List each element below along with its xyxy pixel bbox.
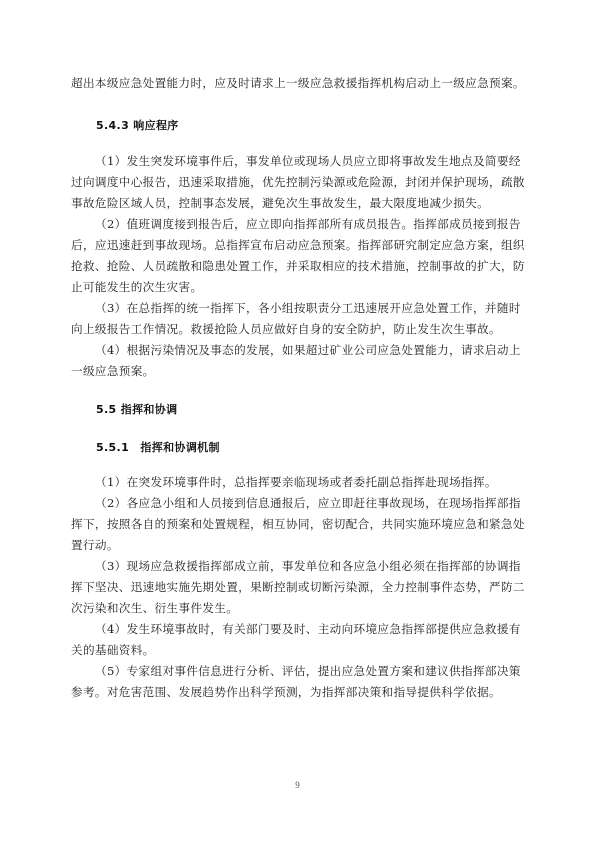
- paragraph-line: （2）各应急小组和人员接到信息通报后，应立即赶往事故现场，在现场指挥部指: [95, 496, 521, 510]
- paragraph-line: 置行动。: [71, 538, 119, 552]
- section-heading: 5.5 指挥和协调: [96, 403, 177, 417]
- paragraph-line: （1）在突发环境事件时，总指挥要亲临现场或者委托副总指挥赴现场指挥。: [95, 475, 497, 489]
- paragraph-line: 抢救、抢险、人员疏散和隐患处置工作，并采取相应的技术措施，控制事故的扩大，防: [71, 259, 525, 273]
- paragraph-line: 超出本级应急处置能力时，应及时请求上一级应急救援指挥机构启动上一级应急预案。: [71, 76, 525, 90]
- paragraph-line: 次污染和次生、衍生事件发生。: [71, 601, 238, 615]
- section-heading: 5.4.3 响应程序: [96, 119, 179, 133]
- paragraph-line: （2）值班调度接到报告后，应立即向指挥部所有成员报告。指挥部成员接到报告: [95, 217, 521, 231]
- section-heading: 5.5.1 指挥和协调机制: [96, 441, 220, 455]
- paragraph-line: 参考。对危害范围、发展趋势作出科学预测，为指挥部决策和指导提供科学依据。: [71, 685, 501, 699]
- paragraph-line: 一级应急预案。: [71, 364, 155, 378]
- paragraph-line: 向上级报告工作情况。救援抢险人员应做好自身的安全防护，防止发生次生事故。: [71, 322, 501, 336]
- paragraph-line: （4）根据污染情况及事态的发展，如果超过矿业公司应急处置能力，请求启动上: [95, 343, 521, 357]
- paragraph-line: 过向调度中心报告，迅速采取措施，优先控制污染源或危险源，封闭并保护现场，疏散: [71, 175, 525, 189]
- paragraph-line: （1）发生突发环境事件后，事发单位或现场人员应立即将事故发生地点及简要经: [95, 154, 521, 168]
- paragraph-line: （3）现场应急救援指挥部成立前，事发单位和各应急小组必须在指挥部的协调指: [95, 559, 521, 573]
- paragraph-line: （4）发生环境事故时，有关部门要及时、主动向环境应急指挥部提供应急救援有: [95, 622, 521, 636]
- paragraph-line: （5）专家组对事件信息进行分析、评估，提出应急处置方案和建议供指挥部决策: [95, 664, 521, 678]
- paragraph-line: （3）在总指挥的统一指挥下，各小组按职责分工迅速展开应急处置工作，并随时: [95, 301, 521, 315]
- paragraph-line: 挥下坚决、迅速地实施先期处置，果断控制或切断污染源，全力控制事件态势，严防二: [71, 580, 525, 594]
- paragraph-line: 后，应迅速赶到事故现场。总指挥宣布启动应急预案。指挥部研究制定应急方案，组织: [71, 238, 525, 252]
- paragraph-line: 事故危险区域人员，控制事态发展，避免次生事故发生，最大限度地减少损失。: [71, 196, 489, 210]
- paragraph-line: 关的基础资料。: [71, 643, 155, 657]
- page-number: 9: [0, 780, 595, 790]
- paragraph-line: 止可能发生的次生灾害。: [71, 280, 202, 294]
- paragraph-line: 挥下，按照各自的预案和处置规程，相互协同，密切配合，共同实施环境应急和紧急处: [71, 517, 525, 531]
